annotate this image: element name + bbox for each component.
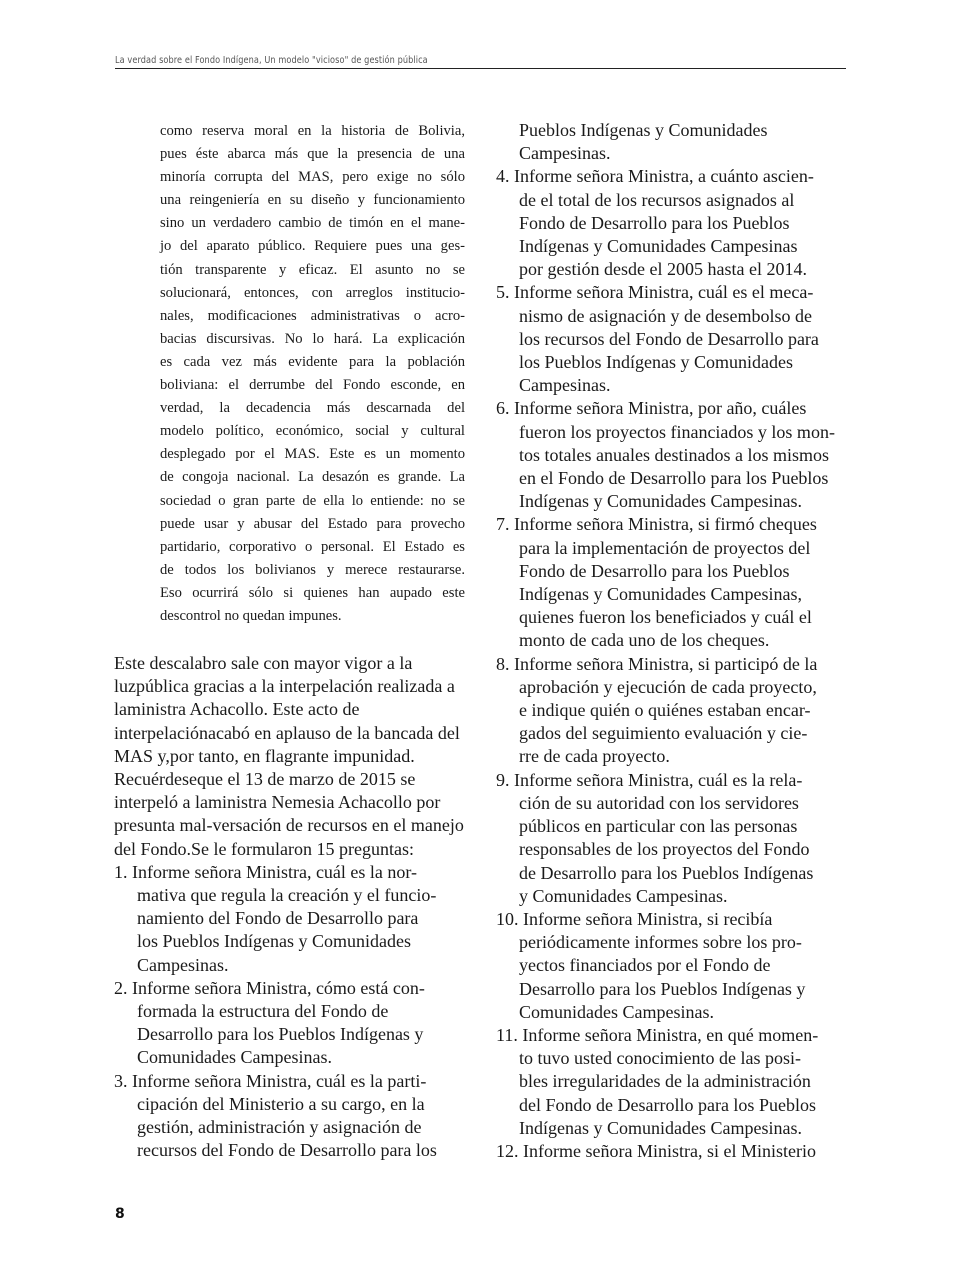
question-item: 2. Informe señora Ministra, cómo está co… — [114, 977, 466, 1070]
quote-line: solucionará, entonces, con arreglos inst… — [160, 282, 465, 305]
question-item: 9. Informe señora Ministra, cuál es la r… — [496, 769, 845, 908]
question-line: 1. Informe señora Ministra, cuál es la n… — [114, 861, 466, 884]
quote-line: partidario, corporativo o personal. El E… — [160, 536, 465, 559]
quote-line: sino un verdadero cambio de timón en el … — [160, 212, 465, 235]
question-line: yectos financiados por el Fondo de — [496, 954, 845, 977]
question-item: 12. Informe señora Ministra, si el Minis… — [496, 1140, 845, 1163]
quote-line: tión transparente y eficaz. El asunto no… — [160, 259, 465, 282]
question-line: y Comunidades Campesinas. — [496, 885, 845, 908]
question-line: Fondo de Desarrollo para los Pueblos — [496, 212, 845, 235]
question-line: quienes fueron los beneficiados y cuál e… — [496, 606, 845, 629]
question-line: por gestión desde el 2005 hasta el 2014. — [496, 258, 845, 281]
question-line: gados del seguimiento evaluación y cie- — [496, 722, 845, 745]
question-line: nismo de asignación y de desembolso de — [496, 305, 845, 328]
question-line: Indígenas y Comunidades Campesinas — [496, 235, 845, 258]
question-line: bles irregularidades de la administració… — [496, 1070, 845, 1093]
quote-line: jo del aparato público. Requiere pues un… — [160, 235, 465, 258]
question-line: 8. Informe señora Ministra, si participó… — [496, 653, 845, 676]
paragraph-line: Se le formularon 15 preguntas: — [191, 839, 414, 859]
question-item: 4. Informe señora Ministra, a cuánto asc… — [496, 165, 845, 281]
question-line: 12. Informe señora Ministra, si el Minis… — [496, 1140, 845, 1163]
question-line: Comunidades Campesinas. — [496, 1001, 845, 1024]
question-item: Pueblos Indígenas y ComunidadesCampesina… — [496, 119, 845, 165]
question-line: tos totales anuales destinados a los mis… — [496, 444, 845, 467]
question-line: los Pueblos Indígenas y Comunidades — [496, 351, 845, 374]
question-line: Indígenas y Comunidades Campesinas. — [496, 1117, 845, 1140]
question-line: Indígenas y Comunidades Campesinas. — [496, 490, 845, 513]
question-item: 1. Informe señora Ministra, cuál es la n… — [114, 861, 466, 977]
question-item: 11. Informe señora Ministra, en qué mome… — [496, 1024, 845, 1140]
quote-line: una reingeniería en su diseño y funciona… — [160, 189, 465, 212]
question-line: gestión, administración y asignación de — [114, 1116, 466, 1139]
question-item: 6. Informe señora Ministra, por año, cuá… — [496, 397, 845, 513]
quote-block: como reserva moral en la historia de Bol… — [160, 120, 465, 628]
question-line: mativa que regula la creación y el funci… — [114, 884, 466, 907]
question-line: Desarrollo para los Pueblos Indígenas y — [114, 1023, 466, 1046]
quote-line: nales, modificaciones administrativas o … — [160, 305, 465, 328]
question-line: Indígenas y Comunidades Campesinas, — [496, 583, 845, 606]
question-line: 6. Informe señora Ministra, por año, cuá… — [496, 397, 845, 420]
quote-line: como reserva moral en la historia de Bol… — [160, 120, 465, 143]
question-line: de el total de los recursos asignados al — [496, 189, 845, 212]
question-line: 3. Informe señora Ministra, cuál es la p… — [114, 1070, 466, 1093]
question-line: Campesinas. — [496, 142, 845, 165]
running-title: La verdad sobre el Fondo Indígena, Un mo… — [115, 55, 428, 66]
question-list-left: 1. Informe señora Ministra, cuál es la n… — [114, 861, 466, 1163]
quote-line: de todos los bolivianos y merece restaur… — [160, 559, 465, 582]
question-line: ción de su autoridad con los servidores — [496, 792, 845, 815]
question-line: recursos del Fondo de Desarrollo para lo… — [114, 1139, 466, 1162]
question-line: monto de cada uno de los cheques. — [496, 629, 845, 652]
question-line: para la implementación de proyectos del — [496, 537, 845, 560]
quote-line: boliviana: el derrumbe del Fondo esconde… — [160, 374, 465, 397]
question-line: fueron los proyectos financiados y los m… — [496, 421, 845, 444]
question-line: 7. Informe señora Ministra, si firmó che… — [496, 513, 845, 536]
running-header: La verdad sobre el Fondo Indígena, Un mo… — [115, 55, 846, 69]
quote-line: bacias discursivas. No lo hará. La expli… — [160, 328, 465, 351]
question-line: to tuvo usted conocimiento de las posi- — [496, 1047, 845, 1070]
quote-line: de congoja nacional. La desazón es grand… — [160, 466, 465, 489]
left-column: Este descalabro sale con mayor vigor a l… — [114, 652, 466, 1162]
quote-line: descontrol no quedan impunes. — [160, 605, 465, 628]
quote-line: sociedad o gran parte de ella lo entiend… — [160, 490, 465, 513]
question-line: 9. Informe señora Ministra, cuál es la r… — [496, 769, 845, 792]
question-line: públicos en particular con las personas — [496, 815, 845, 838]
quote-line: desplegado por el MAS. Este es un moment… — [160, 443, 465, 466]
question-item: 8. Informe señora Ministra, si participó… — [496, 653, 845, 769]
question-list-right: Pueblos Indígenas y ComunidadesCampesina… — [496, 119, 845, 1163]
question-line: 11. Informe señora Ministra, en qué mome… — [496, 1024, 845, 1047]
question-line: de Desarrollo para los Pueblos Indígenas — [496, 862, 845, 885]
question-line: 5. Informe señora Ministra, cuál es el m… — [496, 281, 845, 304]
question-line: 10. Informe señora Ministra, si recibía — [496, 908, 845, 931]
question-line: 4. Informe señora Ministra, a cuánto asc… — [496, 165, 845, 188]
question-line: los recursos del Fondo de Desarrollo par… — [496, 328, 845, 351]
question-line: del Fondo de Desarrollo para los Pueblos — [496, 1094, 845, 1117]
question-line: e indique quién o quiénes estaban encar- — [496, 699, 845, 722]
question-line: formada la estructura del Fondo de — [114, 1000, 466, 1023]
body-paragraph: Este descalabro sale con mayor vigor a l… — [114, 652, 466, 861]
question-line: en el Fondo de Desarrollo para los Puebl… — [496, 467, 845, 490]
question-line: namiento del Fondo de Desarrollo para — [114, 907, 466, 930]
question-line: rre de cada proyecto. — [496, 745, 845, 768]
question-line: cipación del Ministerio a su cargo, en l… — [114, 1093, 466, 1116]
question-line: responsables de los proyectos del Fondo — [496, 838, 845, 861]
question-line: Pueblos Indígenas y Comunidades — [496, 119, 845, 142]
question-item: 10. Informe señora Ministra, si recibíap… — [496, 908, 845, 1024]
question-line: 2. Informe señora Ministra, cómo está co… — [114, 977, 466, 1000]
question-item: 3. Informe señora Ministra, cuál es la p… — [114, 1070, 466, 1163]
question-line: Campesinas. — [496, 374, 845, 397]
question-line: Comunidades Campesinas. — [114, 1046, 466, 1069]
question-line: Campesinas. — [114, 954, 466, 977]
question-line: aprobación y ejecución de cada proyecto, — [496, 676, 845, 699]
quote-line: minoría corrupta del MAS, pero exige no … — [160, 166, 465, 189]
quote-line: modelo político, económico, social y cul… — [160, 420, 465, 443]
quote-line: Eso ocurrirá sólo si quienes han aupado … — [160, 582, 465, 605]
question-line: Desarrollo para los Pueblos Indígenas y — [496, 978, 845, 1001]
question-item: 7. Informe señora Ministra, si firmó che… — [496, 513, 845, 652]
quote-line: pues éste abarca más que la presencia de… — [160, 143, 465, 166]
question-item: 5. Informe señora Ministra, cuál es el m… — [496, 281, 845, 397]
quote-line: es cada vez más evidente para la poblaci… — [160, 351, 465, 374]
question-line: periódicamente informes sobre los pro- — [496, 931, 845, 954]
question-line: Fondo de Desarrollo para los Pueblos — [496, 560, 845, 583]
question-line: los Pueblos Indígenas y Comunidades — [114, 930, 466, 953]
page-number: 8 — [115, 1206, 125, 1222]
quote-line: verdad, la decadencia más descarnada del — [160, 397, 465, 420]
quote-line: puede usar y abusar del Estado para prov… — [160, 513, 465, 536]
